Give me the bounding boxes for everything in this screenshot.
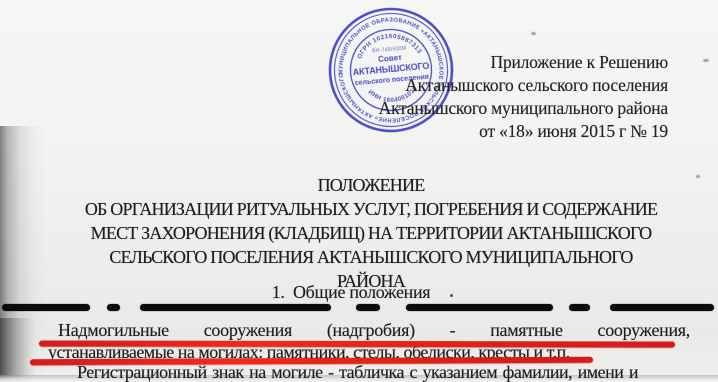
red-underline-mark: [39, 340, 675, 347]
document-header: Приложение к Решению Актанышского сельск…: [379, 51, 668, 143]
header-line: Приложение к Решению: [379, 51, 668, 74]
redaction-dash: [356, 304, 380, 311]
document-page: МУНИЦИПАЛЬНОЕ ОБРАЗОВАНИЕ «АКТАНЫШСКОЕ С…: [0, 0, 718, 382]
body-word: -: [450, 320, 456, 341]
title-line: СЕЛЬСКОГО ПОСЕЛЕНИЯ АКТАНЫШСКОГО МУНИЦИП…: [24, 245, 718, 269]
header-line: Актанышского сельского поселения: [379, 74, 668, 97]
title-line: ПОЛОЖЕНИЕ: [24, 173, 718, 197]
redaction-dash: [610, 304, 714, 311]
scan-spine-shadow-lower: [0, 318, 36, 382]
scan-stray-dot: [450, 294, 453, 297]
body-word: (надгробия): [327, 320, 415, 341]
section-heading: 1. Общие положения: [0, 282, 710, 303]
title-line: МЕСТ ЗАХОРОНЕНИЯ (КЛАДБИЩ) НА ТЕРРИТОРИИ…: [24, 221, 718, 245]
body-word: сооружения,: [598, 320, 690, 341]
redaction-dash: [140, 304, 331, 311]
body-line-definition: Надмогильные сооружения (надгробия) - па…: [58, 320, 690, 341]
body-line-registration: Регистрационный знак на могиле - табличк…: [77, 362, 638, 382]
document-title: ПОЛОЖЕНИЕ ОБ ОРГАНИЗАЦИИ РИТУАЛЬНЫХ УСЛУ…: [0, 173, 718, 293]
body-word: сооружения: [204, 320, 292, 341]
body-word: памятные: [490, 320, 562, 341]
redaction-dash: [2, 304, 90, 311]
redaction-dash: [107, 304, 120, 311]
scan-speck: [531, 32, 536, 35]
scan-speck: [703, 59, 709, 62]
redaction-dash: [569, 304, 590, 311]
redaction-dash: [406, 304, 553, 311]
title-line: ОБ ОРГАНИЗАЦИИ РИТУАЛЬНЫХ УСЛУГ, ПОГРЕБЕ…: [24, 197, 718, 221]
body-word: Надмогильные: [58, 320, 169, 341]
header-line: Актанышского муниципального района: [379, 97, 668, 120]
header-line: от «18» июня 2015 г № 19: [379, 120, 668, 143]
